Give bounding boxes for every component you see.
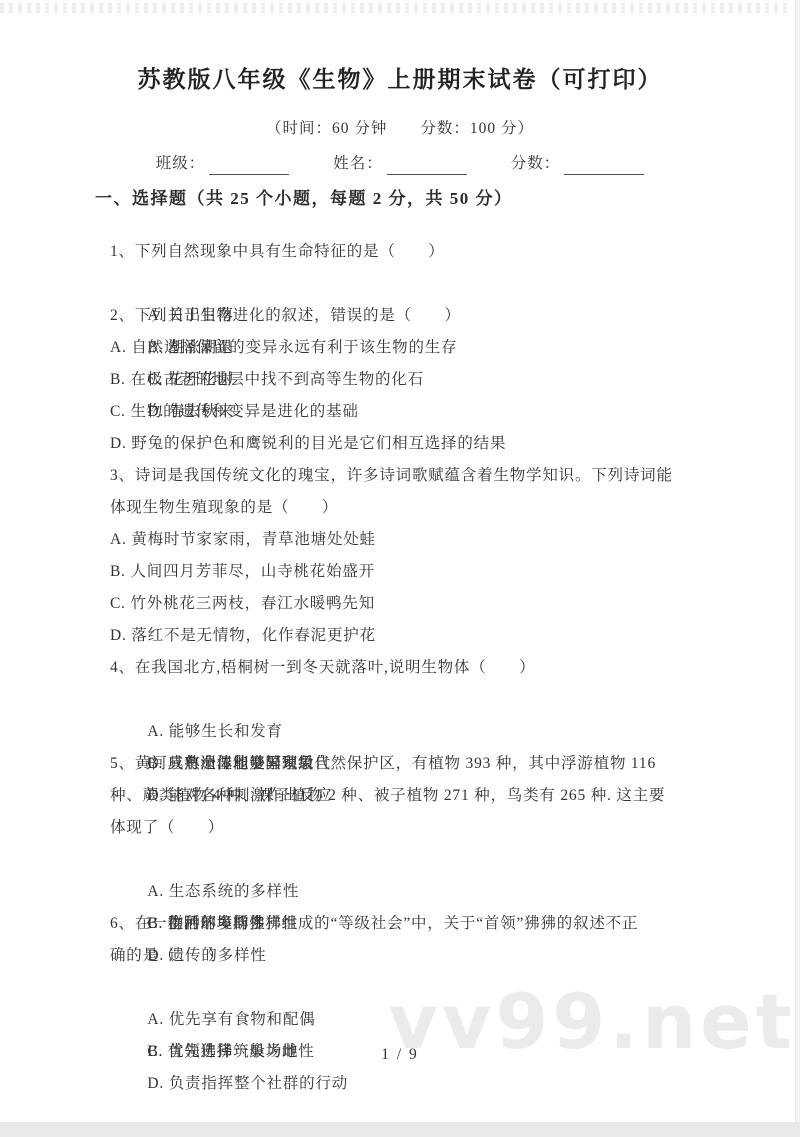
score-blank-line — [564, 158, 644, 175]
score-field: 分数： — [511, 153, 645, 175]
option-b: B. 在极古老的地层中找不到高等生物的化石 — [0, 364, 800, 396]
name-blank-line — [387, 158, 467, 175]
score-label: 分数： — [511, 153, 561, 175]
class-label: 班级： — [156, 153, 206, 175]
option-a: A. 生态系统的多样性 — [147, 876, 432, 908]
name-field: 姓名： — [333, 153, 467, 175]
option-c: C. 生物的遗传和变异是进化的基础 — [0, 396, 800, 428]
question-5-text-line-2: 种、蕨类植物 4 种、裸子植物 2 种、被子植物 271 种，鸟类有 265 种… — [0, 780, 800, 812]
question-4-options-row-1: A. 能够生长和发育 B. 成熟个体能够繁殖后代 — [0, 684, 800, 716]
exam-paper-content: 苏教版八年级《生物》上册期末试卷（可打印） （时间：60 分钟 分数：100 分… — [0, 64, 800, 1066]
question-5-options-row-1: A. 生态系统的多样性 B. 生活环境的多样性 — [0, 844, 800, 876]
option-d: D. 落红不是无情物，化作春泥更护花 — [0, 620, 800, 652]
question-3-text-line-1: 3、诗词是我国传统文化的瑰宝，许多诗词歌赋蕴含着生物学知识。下列诗词能 — [0, 460, 800, 492]
option-b: B. 人间四月芳菲尽，山寺桃花始盛开 — [0, 556, 800, 588]
question-list: 1、下列自然现象中具有生命特征的是（ ） A. 日出日落 B. 潮涨潮退 C. … — [0, 236, 800, 1036]
page-title: 苏教版八年级《生物》上册期末试卷（可打印） — [0, 64, 800, 96]
section-heading: 一、选择题（共 25 个小题，每题 2 分，共 50 分） — [0, 186, 800, 212]
scan-edge-texture — [0, 3, 790, 13]
question-1-text: 1、下列自然现象中具有生命特征的是（ ） — [0, 236, 800, 268]
viewer-bottom-band — [0, 1122, 800, 1137]
exam-time-score-info: （时间：60 分钟 分数：100 分） — [0, 118, 800, 140]
document-page: vv99.net 苏教版八年级《生物》上册期末试卷（可打印） （时间：60 分钟… — [0, 0, 800, 1137]
option-d: D. 负责指挥整个社群的行动 — [147, 1075, 348, 1092]
name-label: 姓名： — [333, 153, 383, 175]
scrollbar[interactable] — [795, 0, 800, 1123]
question-5-text-line-1: 5、黄河三角洲湿地是国家级自然保护区，有植物 393 种，其中浮游植物 116 — [0, 748, 800, 780]
question-6-text-line-1: 6、在一群阿尔卑斯狒狒组成的“等级社会”中，关于“首领”狒狒的叙述不正 — [0, 908, 800, 940]
class-blank-line — [209, 158, 289, 175]
option-d: D. 野兔的保护色和鹰锐利的目光是它们相互选择的结果 — [0, 428, 800, 460]
option-a: A. 自然选择保留的变异永远有利于该生物的生存 — [0, 332, 800, 364]
question-4-text: 4、在我国北方,梧桐树一到冬天就落叶,说明生物体（ ） — [0, 652, 800, 684]
question-2-text: 2、下列关于生物进化的叙述，错误的是（ ） — [0, 300, 800, 332]
student-info-line: 班级： 姓名： 分数： — [0, 153, 800, 175]
question-5-text-line-3: 体现了（ ） — [0, 812, 800, 844]
question-3-text-line-2: 体现生物生殖现象的是（ ） — [0, 492, 800, 524]
option-a: A. 能够生长和发育 — [147, 716, 432, 748]
question-1-options: A. 日出日落 B. 潮涨潮退 C. 花开花谢 D. 春去秋来 — [0, 268, 800, 300]
question-6-text-line-2: 确的是（ ） — [0, 940, 800, 972]
option-a: A. 优先享有食物和配偶 — [147, 1004, 432, 1036]
option-a: A. 黄梅时节家家雨，青草池塘处处蛙 — [0, 524, 800, 556]
class-field: 班级： — [156, 153, 290, 175]
option-c: C. 竹外桃花三两枝，春江水暖鸭先知 — [0, 588, 800, 620]
